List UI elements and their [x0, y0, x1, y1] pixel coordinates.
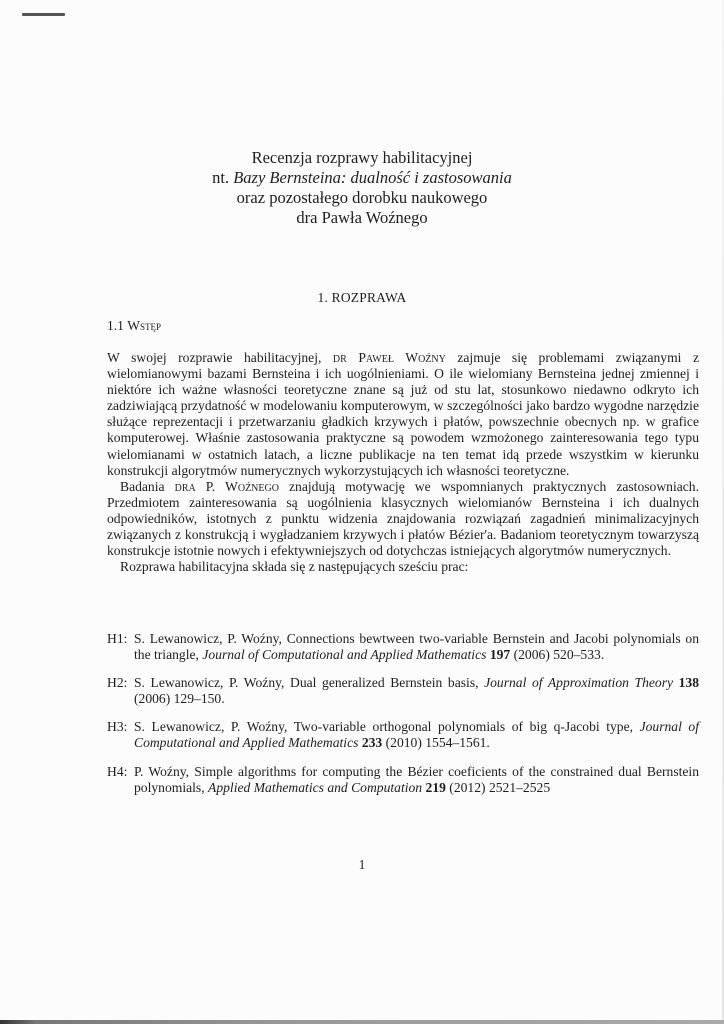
subsection-title: Wstęp [127, 318, 161, 333]
page-number: 1 [0, 857, 724, 873]
reference-item: H4: P. Woźny, Simple algorithms for comp… [107, 764, 699, 796]
reference-item: H2: S. Lewanowicz, P. Woźny, Dual genera… [107, 675, 699, 707]
reference-journal: Journal of Computational and Applied Mat… [202, 647, 486, 662]
subsection-heading: 1.1 Wstęp [107, 318, 161, 334]
reference-text: P. Woźny, Simple algorithms for computin… [134, 764, 699, 796]
reference-label: H1: [107, 631, 134, 663]
p2-text-start: Badania [120, 479, 175, 494]
scan-mark [22, 13, 65, 16]
reference-pages: (2006) 129–150. [134, 691, 225, 706]
reference-pages: (2012) 2521–2525 [446, 780, 550, 795]
reference-volume: 233 [362, 735, 382, 750]
title-line-4: dra Pawła Woźnego [0, 208, 724, 228]
paragraph-2: Badania dra P. Woźnego znajdują motywacj… [107, 479, 699, 559]
author-name: dr Paweł Woźny [333, 350, 446, 365]
reference-volume: 197 [490, 647, 510, 662]
reference-journal: Applied Mathematics and Computation [208, 780, 422, 795]
reference-volume: 219 [426, 780, 446, 795]
reference-label: H2: [107, 675, 134, 707]
reference-item: H1: S. Lewanowicz, P. Woźny, Connections… [107, 631, 699, 663]
title-line-3: oraz pozostałego dorobku naukowego [0, 188, 724, 208]
author-name: dra P. Woźnego [175, 479, 279, 494]
section-number: 1. [318, 290, 329, 305]
body-text: W swojej rozprawie habilitacyjnej, dr Pa… [107, 350, 699, 575]
section-title: ROZPRAWA [332, 290, 407, 305]
reference-volume: 138 [679, 675, 699, 690]
section-heading: 1. ROZPRAWA [0, 290, 724, 306]
title-line-1: Recenzja rozprawy habilitacyjnej [0, 148, 724, 168]
p1-text-end: zajmuje się problemami związanymi z wiel… [107, 350, 699, 478]
subsection-number: 1.1 [107, 318, 124, 333]
paragraph-3: Rozprawa habilitacyjna składa się z nast… [107, 559, 699, 575]
title-prefix: nt. [212, 168, 233, 187]
reference-authors-title: S. Lewanowicz, P. Woźny, Two-variable or… [134, 719, 640, 734]
p1-text-start: W swojej rozprawie habilitacyjnej, [107, 350, 333, 365]
reference-text: S. Lewanowicz, P. Woźny, Two-variable or… [134, 719, 699, 751]
reference-journal: Journal of Approximation Theory [484, 675, 673, 690]
reference-text: S. Lewanowicz, P. Woźny, Connections bew… [134, 631, 699, 663]
reference-label: H3: [107, 719, 134, 751]
document-title: Recenzja rozprawy habilitacyjnej nt. Baz… [0, 148, 724, 228]
reference-item: H3: S. Lewanowicz, P. Woźny, Two-variabl… [107, 719, 699, 751]
dissertation-title: Bazy Bernsteina: dualność i zastosowania [233, 168, 512, 187]
reference-authors-title: S. Lewanowicz, P. Woźny, Dual generalize… [134, 675, 484, 690]
reference-pages: (2006) 520–533. [510, 647, 604, 662]
paragraph-1: W swojej rozprawie habilitacyjnej, dr Pa… [107, 350, 699, 479]
reference-pages: (2010) 1554–1561. [382, 735, 490, 750]
reference-label: H4: [107, 764, 134, 796]
scanned-page: Recenzja rozprawy habilitacyjnej nt. Baz… [0, 0, 724, 1024]
scan-edge [0, 1020, 724, 1024]
reference-text: S. Lewanowicz, P. Woźny, Dual generalize… [134, 675, 699, 707]
title-line-2: nt. Bazy Bernsteina: dualność i zastosow… [0, 168, 724, 188]
reference-list: H1: S. Lewanowicz, P. Woźny, Connections… [107, 631, 699, 808]
